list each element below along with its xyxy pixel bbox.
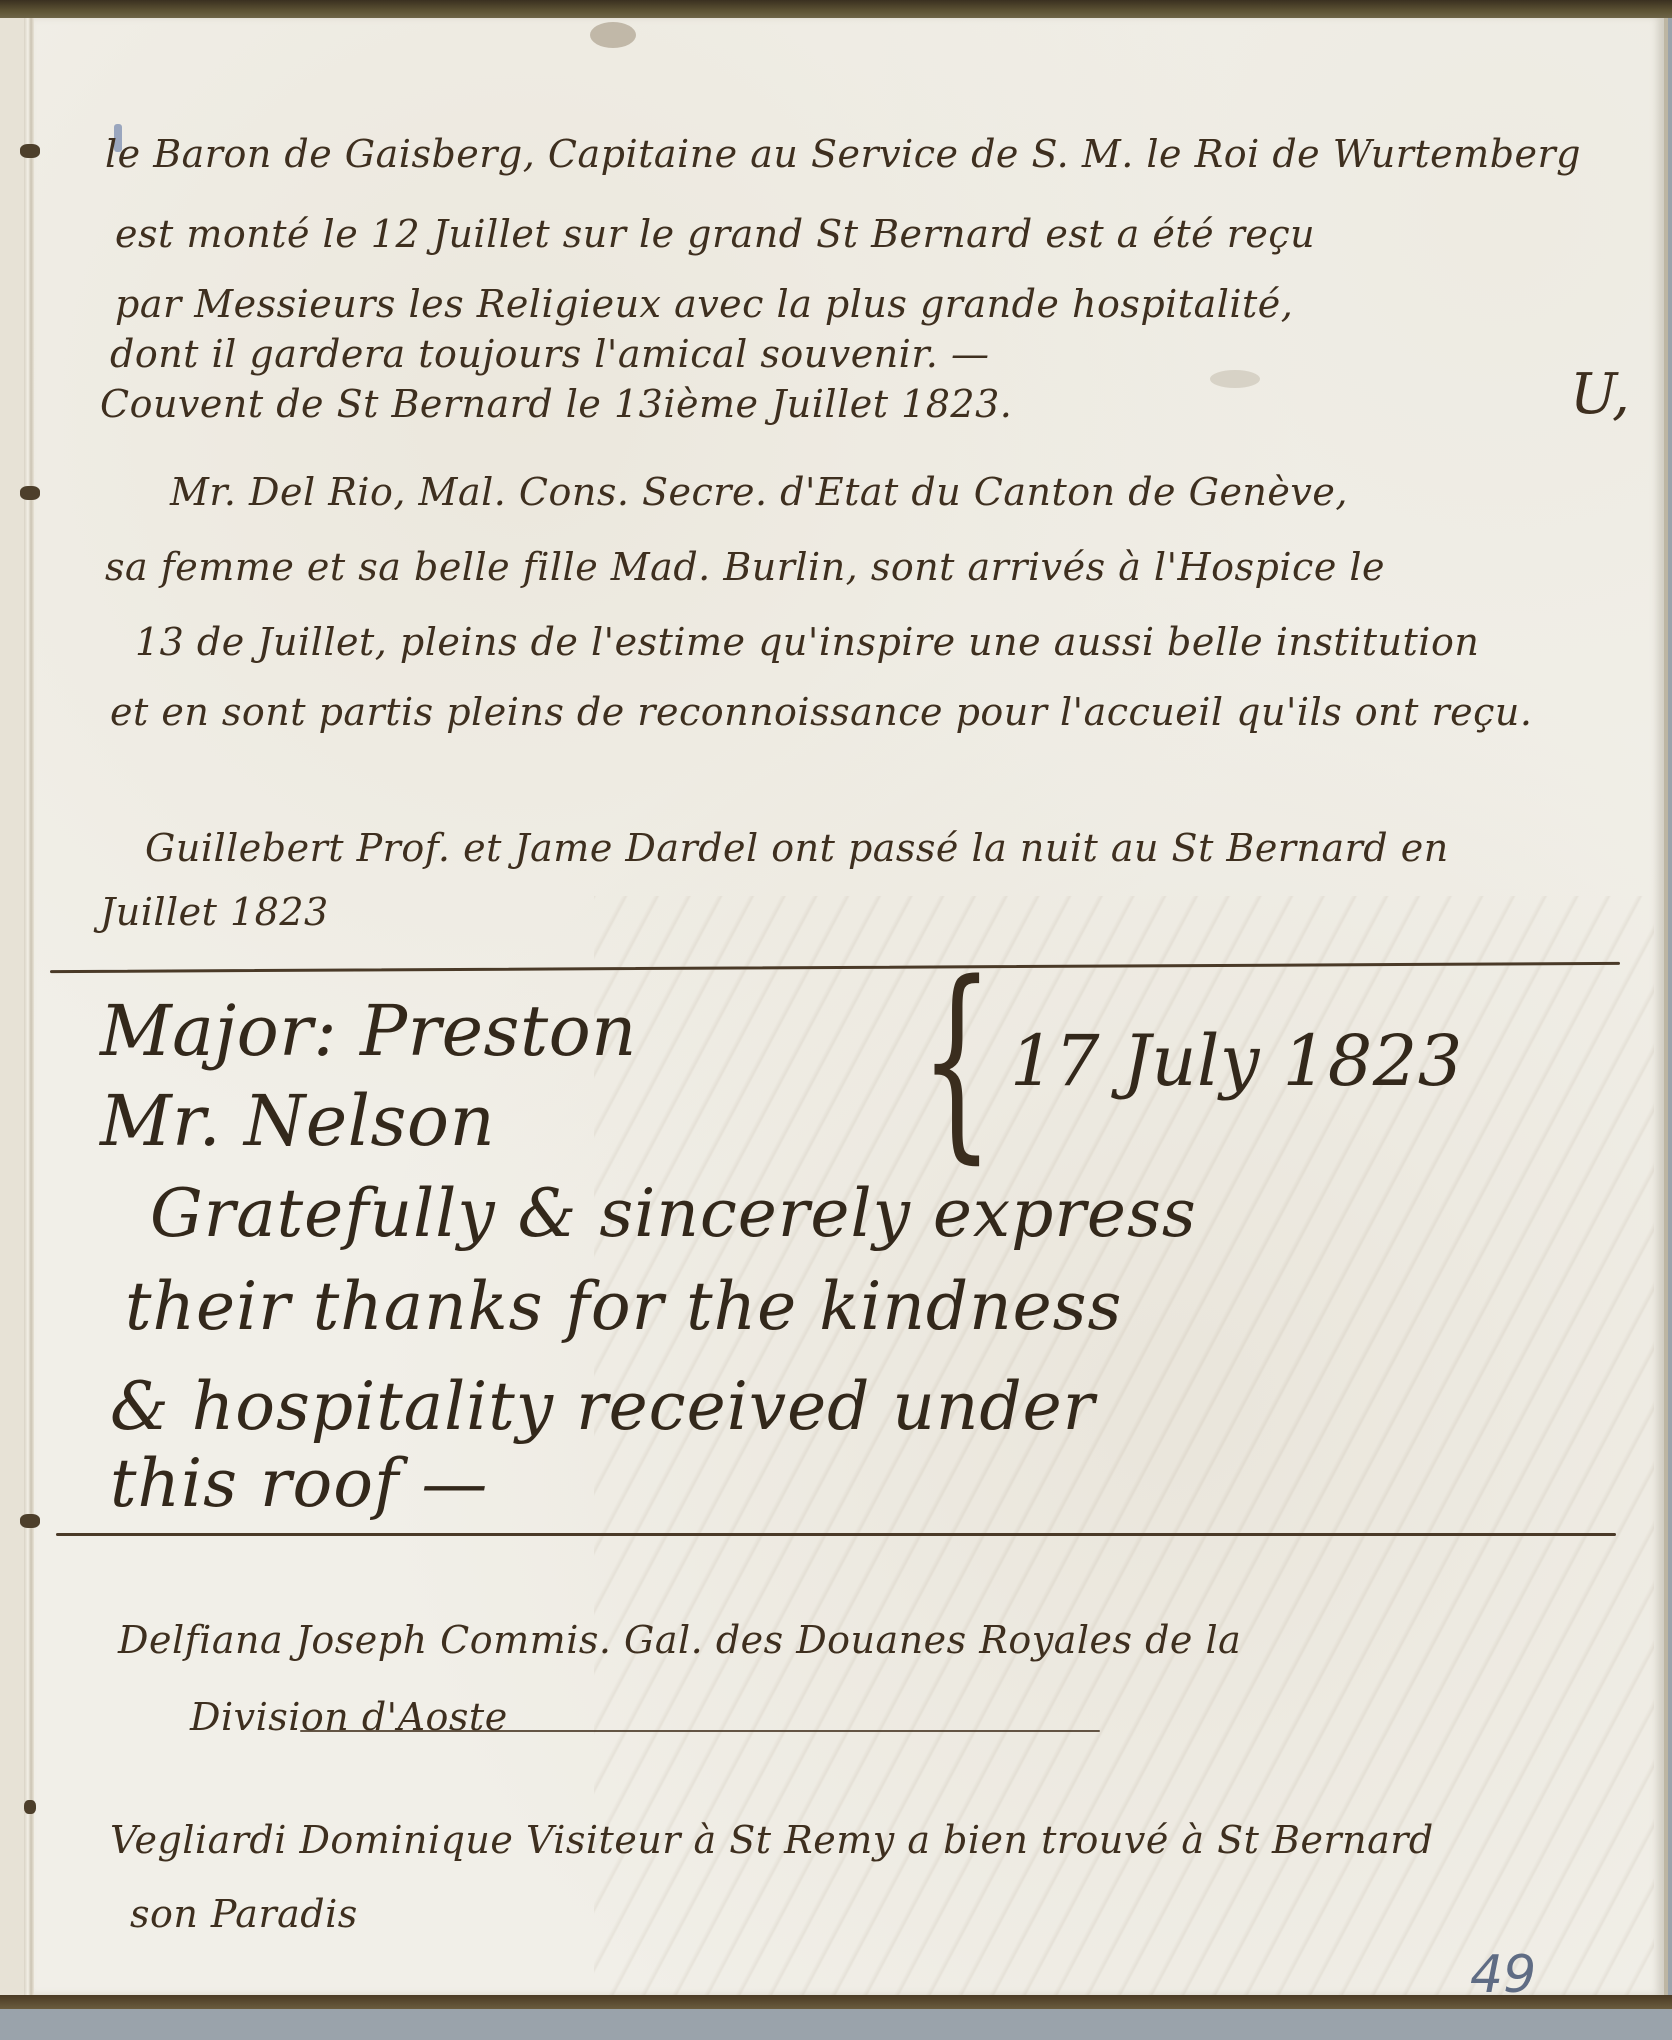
- flourish-underline: [300, 1730, 1100, 1732]
- entry-4-name-1: Major: Preston: [100, 990, 637, 1072]
- ink-stain: [590, 22, 636, 48]
- binding-stitch: [20, 1514, 40, 1528]
- entry-2-line-4: et en sont partis pleins de reconnoissan…: [110, 690, 1532, 734]
- entry-6-line-1: Vegliardi Dominique Visiteur à St Remy a…: [110, 1818, 1434, 1862]
- entry-1-line-5: Couvent de St Bernard le 13ième Juillet …: [100, 382, 1012, 426]
- entry-1-line-1: le Baron de Gaisberg, Capitaine au Servi…: [105, 132, 1581, 176]
- entry-6-line-2: son Paradis: [130, 1892, 358, 1936]
- entry-1-line-4: dont il gardera toujours l'amical souven…: [110, 332, 989, 376]
- entry-4-line-2: their thanks for the kindness: [125, 1268, 1122, 1345]
- entry-5-line-1: Delfiana Joseph Commis. Gal. des Douanes…: [118, 1618, 1241, 1662]
- ink-stain: [1210, 370, 1260, 388]
- entry-4-name-2: Mr. Nelson: [100, 1080, 495, 1162]
- book-cover-bottom-edge: [0, 1995, 1672, 2009]
- book-cover-top-edge: [0, 0, 1672, 18]
- entry-1-line-2: est monté le 12 Juillet sur le grand St …: [115, 212, 1315, 256]
- brace-bracket: {: [920, 955, 993, 1165]
- entry-5-line-2: Division d'Aoste: [190, 1695, 508, 1739]
- entry-2-line-3: 13 de Juillet, pleins de l'estime qu'ins…: [135, 620, 1479, 664]
- folio-page-number: 49: [1470, 1945, 1536, 2005]
- book-gutter: [24, 16, 34, 1998]
- reference-mark: U,: [1570, 362, 1630, 427]
- entry-2-line-2: sa femme et sa belle fille Mad. Burlin, …: [105, 545, 1385, 589]
- entry-4-line-4: this roof —: [110, 1445, 488, 1522]
- entry-4-line-3: & hospitality received under: [110, 1368, 1095, 1445]
- entry-3-line-2: Juillet 1823: [100, 890, 329, 934]
- binding-stitch: [20, 486, 40, 500]
- entry-4-line-1: Gratefully & sincerely express: [150, 1175, 1197, 1252]
- entry-3-line-1: Guillebert Prof. et Jame Dardel ont pass…: [145, 826, 1449, 870]
- entry-1-line-3: par Messieurs les Religieux avec la plus…: [115, 282, 1293, 326]
- entry-2-line-1: Mr. Del Rio, Mal. Cons. Secre. d'Etat du…: [170, 470, 1348, 514]
- entry-divider-line: [56, 1533, 1616, 1536]
- facing-page-edge: [0, 16, 27, 1996]
- binding-stitch: [20, 144, 40, 158]
- binding-stitch: [24, 1800, 36, 1814]
- entry-4-date: 17 July 1823: [1010, 1020, 1463, 1102]
